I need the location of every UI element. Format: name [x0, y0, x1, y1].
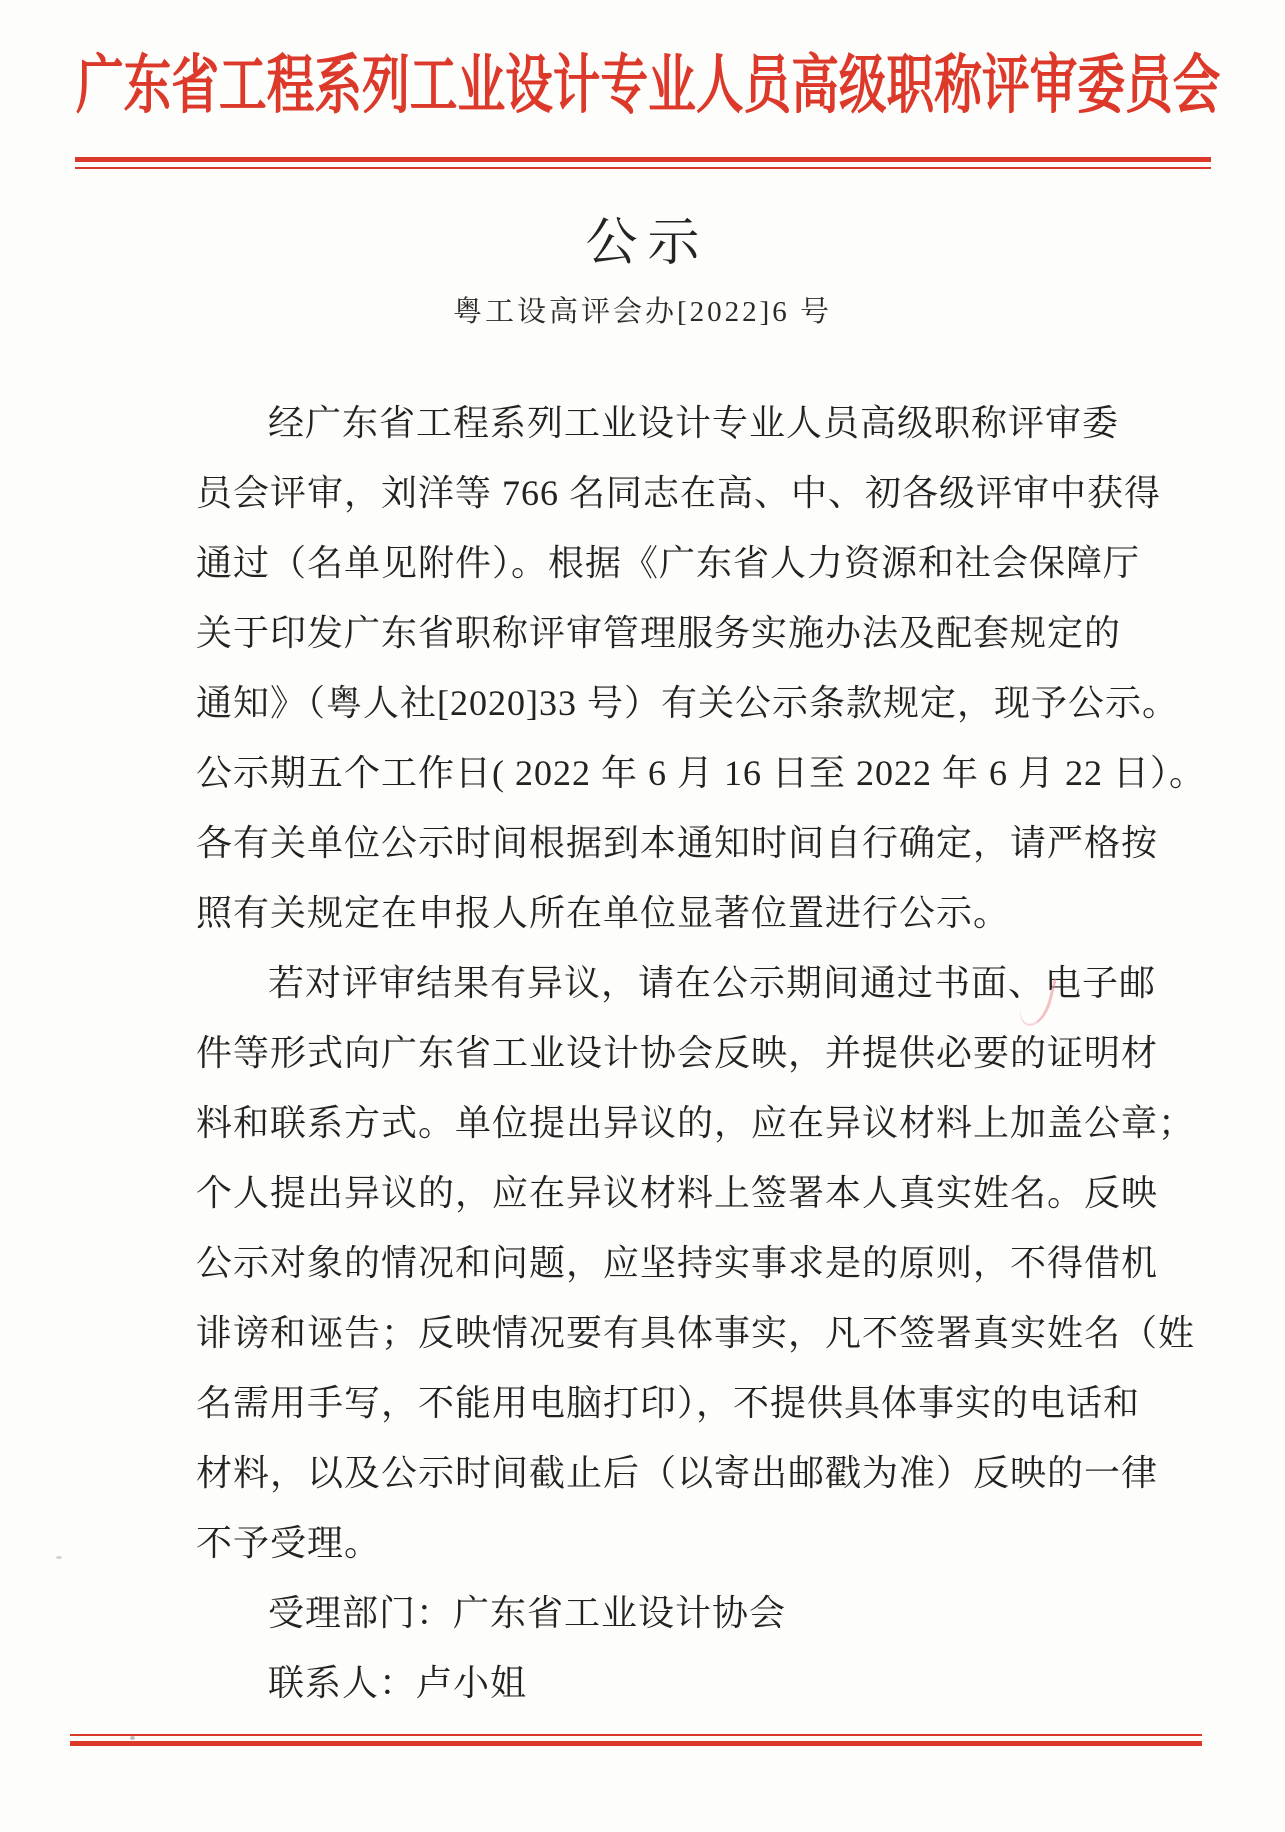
footer-rule-thin: [70, 1734, 1202, 1736]
body-line: 通过（名单见附件）。根据《广东省人力资源和社会保障厅: [196, 528, 1186, 598]
body-line: 个人提出异议的，应在异议材料上签署本人真实姓名。反映: [196, 1158, 1186, 1228]
body-line: 关于印发广东省职称评审管理服务实施办法及配套规定的: [196, 598, 1186, 668]
body-line: 材料，以及公示时间截止后（以寄出邮戳为准）反映的一律: [196, 1438, 1186, 1508]
body-line: 经广东省工程系列工业设计专业人员高级职称评审委: [196, 388, 1186, 458]
contact-department-line: 受理部门：广东省工业设计协会: [196, 1578, 1186, 1648]
document-page: 广东省工程系列工业设计专业人员高级职称评审委员会 公示 粤工设高评会办[2022…: [0, 0, 1285, 1832]
notice-body: 经广东省工程系列工业设计专业人员高级职称评审委 员会评审，刘洋等 766 名同志…: [196, 388, 1186, 1718]
body-line: 通知》（粤人社[2020]33 号）有关公示条款规定，现予公示。: [196, 668, 1186, 738]
scan-artifact-speck: [130, 1736, 135, 1740]
body-line: 诽谤和诬告；反映情况要有具体事实，凡不签署真实姓名（姓: [196, 1298, 1186, 1368]
body-line: 料和联系方式。单位提出异议的，应在异议材料上加盖公章；: [196, 1088, 1186, 1158]
body-line: 公示对象的情况和问题，应坚持实事求是的原则，不得借机: [196, 1228, 1186, 1298]
document-number: 粤工设高评会办[2022]6 号: [0, 289, 1285, 330]
body-line: 不予受理。: [196, 1508, 1186, 1578]
body-line: 员会评审，刘洋等 766 名同志在高、中、初各级评审中获得: [196, 458, 1186, 528]
contact-person-line: 联系人：卢小姐: [196, 1648, 1186, 1718]
body-line: 各有关单位公示时间根据到本通知时间自行确定，请严格按: [196, 808, 1186, 878]
body-line: 公示期五个工作日( 2022 年 6 月 16 日至 2022 年 6 月 22…: [196, 738, 1186, 808]
letterhead-rule-thick: [75, 157, 1211, 162]
notice-title: 公示: [0, 200, 1285, 275]
letterhead-rule-thin: [75, 167, 1211, 169]
body-line: 名需用手写，不能用电脑打印），不提供具体事实的电话和: [196, 1368, 1186, 1438]
scan-artifact-speck: [56, 1556, 62, 1559]
footer-rule-thick: [70, 1741, 1202, 1746]
body-line: 件等形式向广东省工业设计协会反映，并提供必要的证明材: [196, 1018, 1186, 1088]
letterhead-title: 广东省工程系列工业设计专业人员高级职称评审委员会: [76, 50, 1220, 122]
body-line: 照有关规定在申报人所在单位显著位置进行公示。: [196, 878, 1186, 948]
